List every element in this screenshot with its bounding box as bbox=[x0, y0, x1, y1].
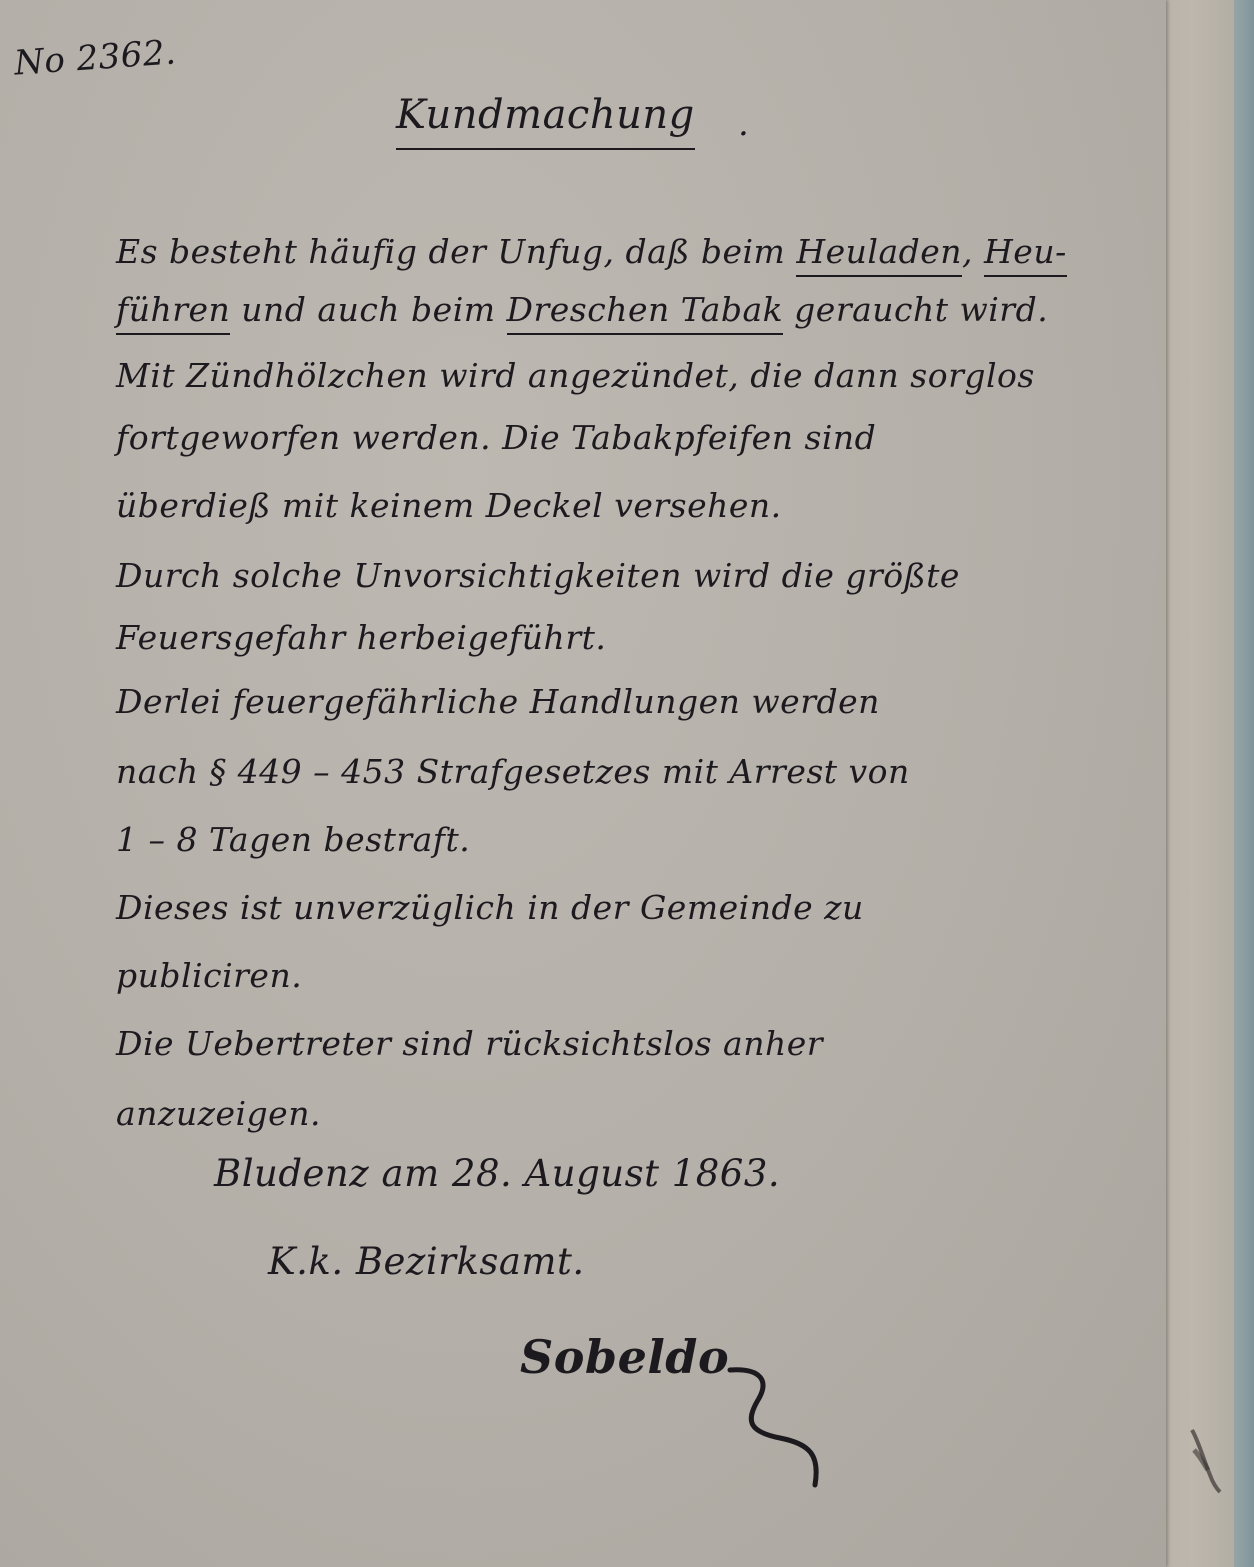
ink-smudge-icon bbox=[1188, 1420, 1228, 1500]
body-line-14: anzuzeigen. bbox=[116, 1094, 321, 1133]
text-segment: und auch beim bbox=[230, 290, 506, 329]
body-line-10: 1 – 8 Tagen bestraft. bbox=[116, 820, 470, 859]
underlined-term: führen bbox=[116, 290, 230, 335]
underlined-term: Heu- bbox=[984, 232, 1067, 277]
body-line-3: Mit Zündhölzchen wird angezündet, die da… bbox=[116, 356, 1035, 395]
body-line-1: Es besteht häufig der Unfug, daß beim He… bbox=[116, 232, 1067, 271]
text-segment: geraucht wird. bbox=[783, 290, 1048, 329]
underlined-term: Heuladen bbox=[796, 232, 962, 277]
body-line-8: Derlei feuergefährliche Handlungen werde… bbox=[116, 682, 880, 721]
body-line-2: führen und auch beim Dreschen Tabak gera… bbox=[116, 290, 1048, 329]
body-line-4: fortgeworfen werden. Die Tabakpfeifen si… bbox=[116, 418, 876, 457]
signature-flourish-icon bbox=[640, 1350, 840, 1500]
document-number: No 2362. bbox=[13, 32, 178, 83]
document-title: Kundmachung bbox=[396, 92, 695, 150]
body-line-6: Durch solche Unvorsichtigkeiten wird die… bbox=[116, 556, 960, 595]
underlined-term: Dreschen Tabak bbox=[507, 290, 784, 335]
text-segment: Es besteht häufig der Unfug, daß beim bbox=[116, 232, 796, 271]
body-line-12: publiciren. bbox=[116, 956, 302, 995]
body-line-9: nach § 449 – 453 Strafgesetzes mit Arres… bbox=[116, 752, 910, 791]
document-page: No 2362. Kundmachung . Es besteht häufig… bbox=[0, 0, 1166, 1567]
body-line-11: Dieses ist unverzüglich in der Gemeinde … bbox=[116, 888, 864, 927]
text-segment: , bbox=[962, 232, 984, 271]
title-period: . bbox=[738, 104, 749, 144]
body-line-7: Feuersgefahr herbeigeführt. bbox=[116, 618, 606, 657]
place-and-date: Bludenz am 28. August 1863. bbox=[214, 1152, 780, 1195]
issuing-office: K.k. Bezirksamt. bbox=[268, 1240, 585, 1283]
body-line-5: überdieß mit keinem Deckel versehen. bbox=[116, 486, 782, 525]
body-line-13: Die Uebertreter sind rücksichtslos anher bbox=[116, 1024, 823, 1063]
